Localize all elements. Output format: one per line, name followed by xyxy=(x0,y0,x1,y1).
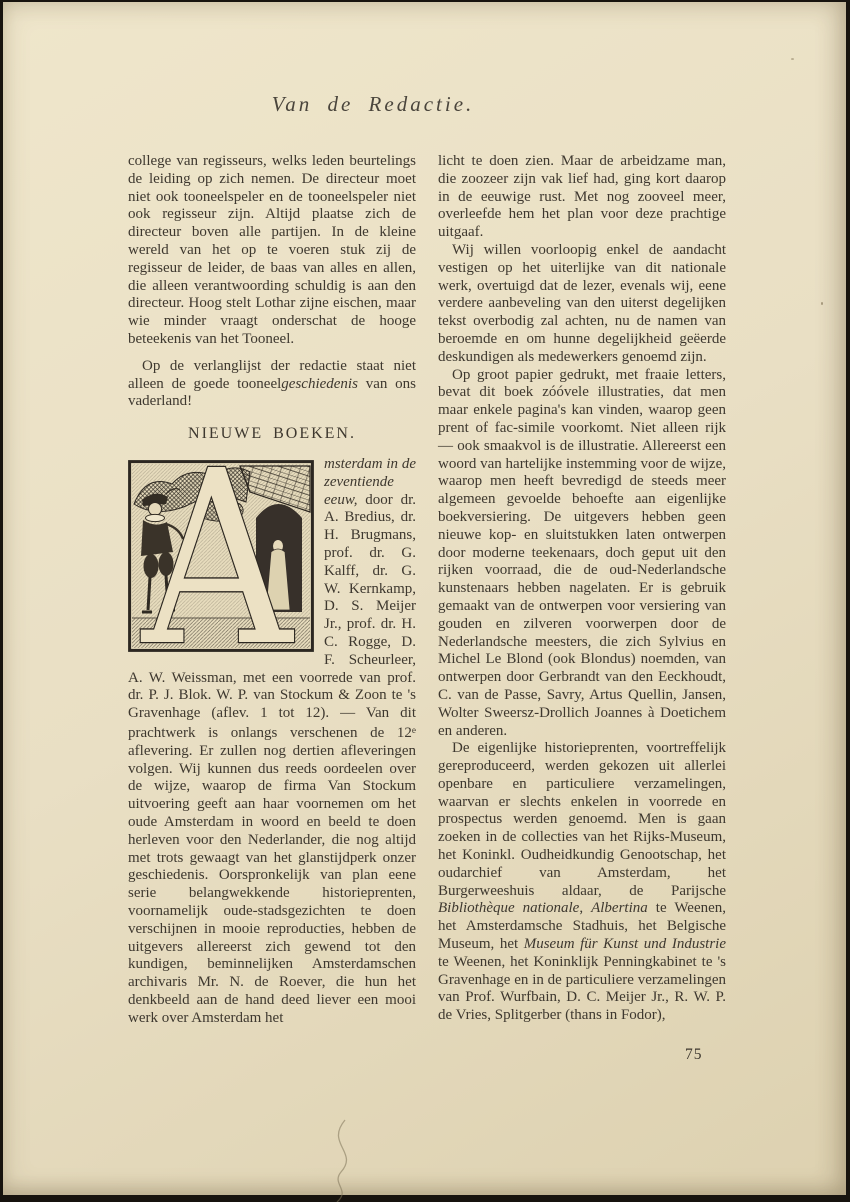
book-review-paragraph: A msterdam in de zeventiende eeuw, door … xyxy=(128,456,416,1028)
paragraph: De eigenlijke historieprenten, voortreff… xyxy=(438,740,726,1025)
scanned-book-page: Van de Redactie. college van regisseurs,… xyxy=(0,0,850,1202)
section-heading-nieuwe-boeken: NIEUWE BOEKEN. xyxy=(128,425,416,443)
issue-number: 12 xyxy=(397,725,412,741)
left-column: college van regisseurs, welks leden beur… xyxy=(128,153,416,1028)
paper-speck xyxy=(179,340,181,342)
initial-letter-a: A xyxy=(140,460,294,652)
institution-name-italic: Museum für Kunst und Industrie xyxy=(524,936,726,952)
page-header-title: Van de Redactie. xyxy=(3,92,743,117)
text-columns: college van regisseurs, welks leden beur… xyxy=(128,153,727,1028)
paragraph: college van regisseurs, welks leden beur… xyxy=(128,153,416,349)
scan-scratch-mark xyxy=(321,1118,363,1202)
paper-speck xyxy=(791,58,794,60)
paragraph-text: , xyxy=(579,900,591,916)
paper-surface: Van de Redactie. college van regisseurs,… xyxy=(3,2,846,1195)
institution-name-italic: Bibliothèque nationale xyxy=(438,900,579,916)
paragraph-text: aflevering. Er zullen nog dertien afleve… xyxy=(128,743,416,1026)
paragraph: Op groot papier gedrukt, met fraaie lett… xyxy=(438,367,726,741)
paper-speck xyxy=(821,302,823,305)
institution-name-italic: Albertina xyxy=(591,900,648,916)
paragraph: Op de verlanglijst der redactie staat ni… xyxy=(128,358,416,411)
paragraph-text-italic: geschiedenis xyxy=(281,376,358,392)
paragraph-text: te Weenen, het Koninklijk Penningkabinet… xyxy=(438,954,726,1023)
page-number: 75 xyxy=(685,1046,731,1064)
woodcut-initial-illustration: A xyxy=(128,460,314,652)
issue-number-superscript: e xyxy=(412,726,416,736)
paragraph-text: De eigenlijke historieprenten, voortreff… xyxy=(438,740,726,898)
paragraph: Wij willen voorloopig enkel de aandacht … xyxy=(438,242,726,367)
right-column: licht te doen zien. Maar de arbeidzame m… xyxy=(438,153,726,1028)
paragraph: licht te doen zien. Maar de arbeidzame m… xyxy=(438,153,726,242)
